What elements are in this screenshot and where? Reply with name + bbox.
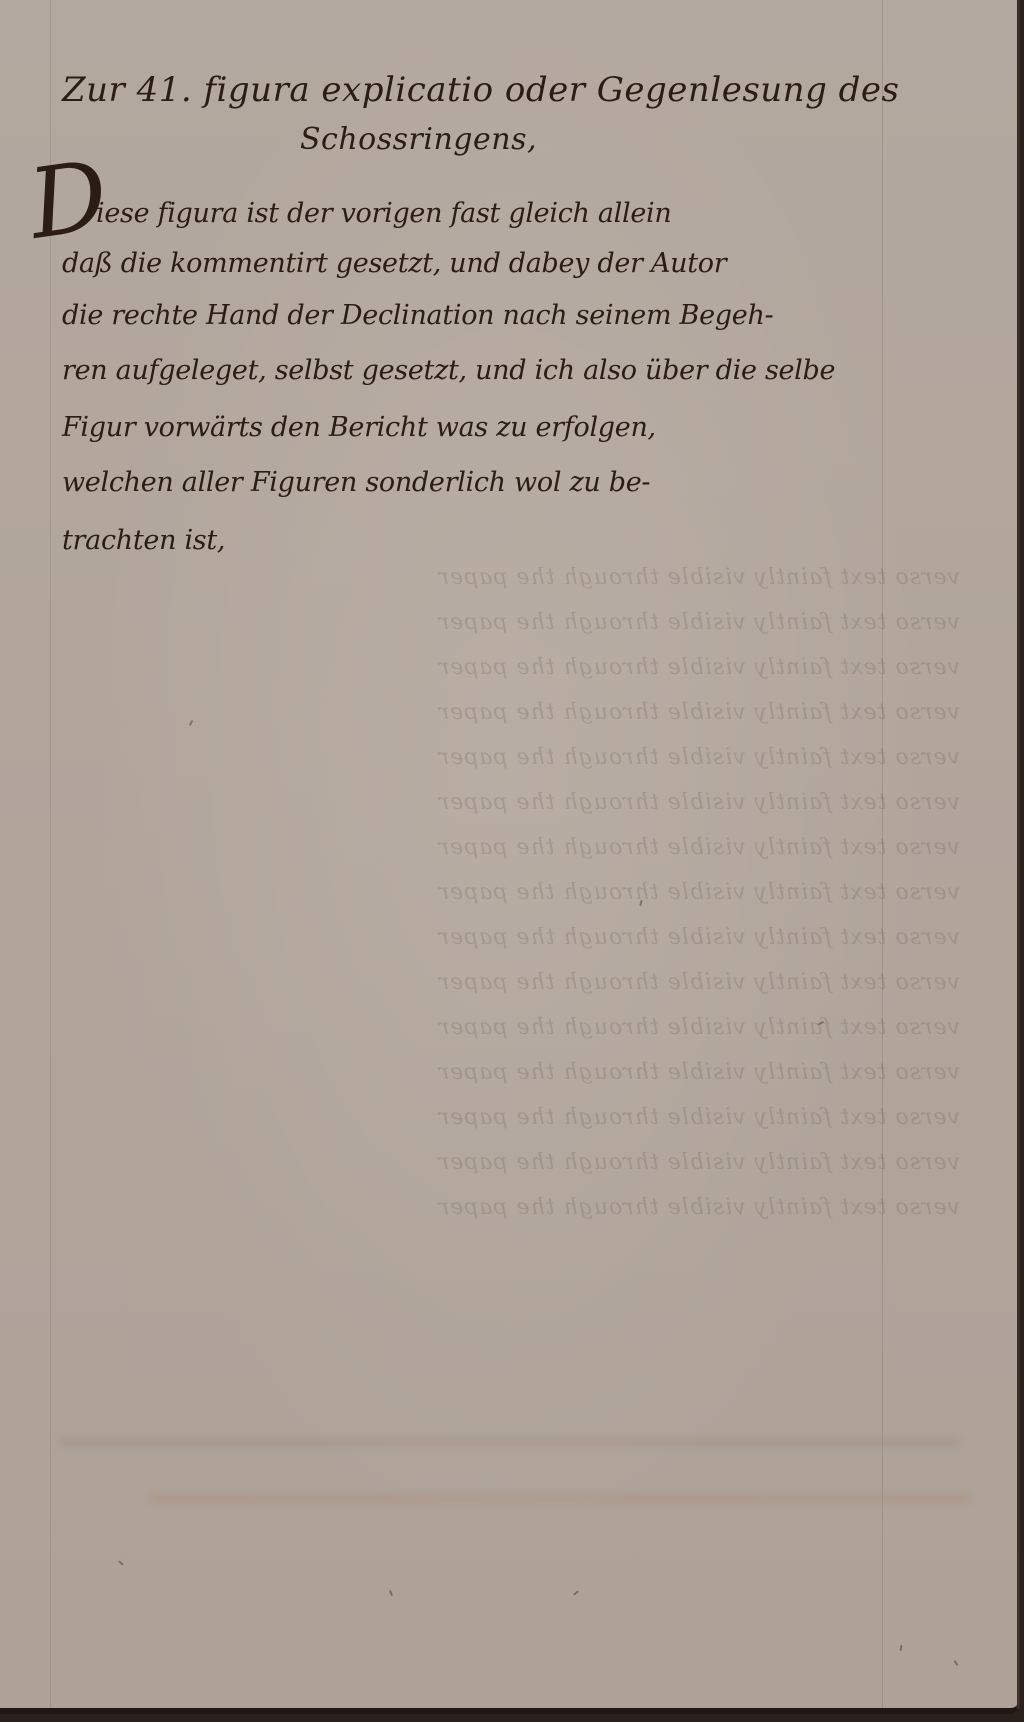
body-line: trachten ist, [62,525,225,556]
body-line: daß die kommentirt gesetzt, und dabey de… [62,248,726,279]
bleed-through-line: verso text faintly visible through the p… [60,1060,960,1085]
bleed-through-line: verso text faintly visible through the p… [60,970,960,995]
heading-line-1: Zur 41. figura explicatio oder Gegenlesu… [62,70,899,110]
paper-speck [389,1590,393,1596]
paper-speck [899,1645,902,1651]
bleed-through-line: verso text faintly visible through the p… [60,655,960,680]
bleed-through-line: verso text faintly visible through the p… [60,880,960,905]
body-line: ren aufgeleget, selbst gesetzt, und ich … [62,355,835,386]
heading-line-2: Schossringens, [300,122,537,157]
bleed-through-line: verso text faintly visible through the p… [60,790,960,815]
paper-speck [953,1660,958,1666]
bleed-through-line: verso text faintly visible through the p… [60,565,960,590]
paper-stain [60,1437,960,1447]
bleed-through-line: verso text faintly visible through the p… [60,745,960,770]
bleed-through-line: verso text faintly visible through the p… [60,700,960,725]
bleed-through-line: verso text faintly visible through the p… [60,835,960,860]
manuscript-page: verso text faintly visible through the p… [0,0,1020,1714]
bleed-through-line: verso text faintly visible through the p… [60,925,960,950]
paper-speck [573,1590,579,1595]
body-line: die rechte Hand der Declination nach sei… [62,300,773,331]
body-line: iese figura ist der vorigen fast gleich … [96,198,671,229]
bleed-through-line: verso text faintly visible through the p… [60,610,960,635]
bleed-through-line: verso text faintly visible through the p… [60,1105,960,1130]
body-line: Figur vorwärts den Bericht was zu erfolg… [62,412,656,443]
bleed-through-line: verso text faintly visible through the p… [60,1015,960,1040]
bleed-through-line: verso text faintly visible through the p… [60,1195,960,1220]
paper-speck [118,1560,124,1565]
body-line: welchen aller Figuren sonderlich wol zu … [62,467,650,498]
bleed-through-line: verso text faintly visible through the p… [60,1150,960,1175]
paper-stain [150,1493,970,1503]
